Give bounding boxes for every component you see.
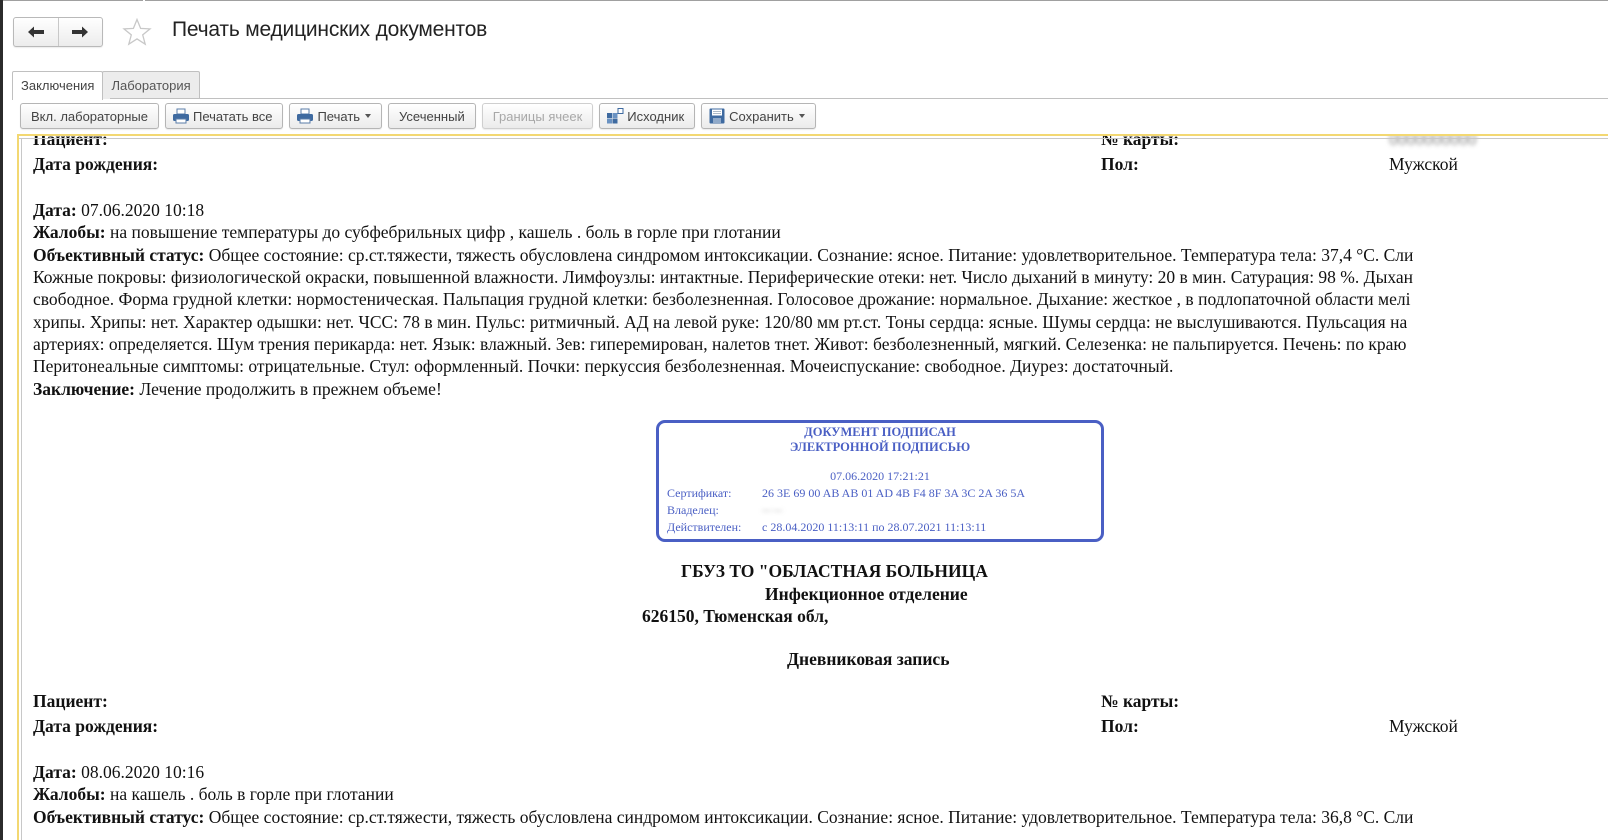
electronic-signature-stamp: ДОКУМЕНТ ПОДПИСАН ЭЛЕКТРОННОЙ ПОДПИСЬЮ 0… — [656, 420, 1104, 542]
birth-date-label: Дата рождения: — [33, 153, 158, 175]
include-lab-button[interactable]: Вкл. лабораторные — [20, 103, 159, 129]
navigation-buttons — [13, 17, 103, 47]
arrow-right-icon — [71, 25, 89, 39]
divider — [19, 138, 1608, 139]
print-all-button[interactable]: Печатать все — [165, 103, 283, 129]
source-button[interactable]: Исходник — [599, 103, 695, 129]
organization-name: ГБУЗ ТО "ОБЛАСТНАЯ БОЛЬНИЦА — [681, 560, 988, 582]
objective-status-line: артериях: определяется. Шум трения перик… — [33, 333, 1407, 355]
objective-status-line: свободное. Форма грудной клетки: нормост… — [33, 288, 1410, 310]
stamp-validity: Действителен:с 28.04.2020 11:13:11 по 28… — [667, 519, 1101, 536]
visit-date: Дата: 08.06.2020 10:16 — [33, 761, 204, 783]
cell-borders-button[interactable]: Границы ячеек — [482, 103, 594, 129]
objective-status-line: хрипы. Хрипы: нет. Характер одышки: нет.… — [33, 311, 1407, 333]
objective-status-line: Объективный статус: Общее состояние: ср.… — [33, 244, 1413, 266]
include-lab-label: Вкл. лабораторные — [31, 109, 148, 124]
divider — [21, 138, 22, 840]
truncated-button[interactable]: Усеченный — [388, 103, 476, 129]
document-type: Дневниковая запись — [787, 648, 949, 670]
page-title: Печать медицинских документов — [172, 18, 487, 42]
patient-label: Пациент: — [33, 134, 108, 150]
favorite-star-icon[interactable] — [122, 18, 152, 46]
chevron-down-icon — [799, 114, 805, 118]
chevron-down-icon — [365, 114, 371, 118]
print-all-label: Печатать все — [193, 109, 272, 124]
window-edge — [0, 0, 3, 840]
document-viewer[interactable]: Пациент: № карты: 0000000000 Дата рожден… — [17, 134, 1608, 840]
sex-value: Мужской — [1389, 153, 1458, 175]
patient-label: Пациент: — [33, 690, 108, 712]
divider — [110, 98, 1608, 99]
card-label: № карты: — [1101, 690, 1179, 712]
save-dropdown-button[interactable]: Сохранить — [701, 103, 816, 129]
save-label: Сохранить — [729, 109, 794, 124]
divider — [145, 0, 1608, 1]
back-button[interactable] — [14, 18, 58, 46]
objective-status-line: Объективный статус: Общее состояние: ср.… — [33, 806, 1413, 828]
sex-label: Пол: — [1101, 153, 1139, 175]
source-label: Исходник — [627, 109, 684, 124]
stamp-certificate: Сертификат:26 3E 69 00 AB AB 01 AD 4B F4… — [667, 485, 1101, 502]
complaints: Жалобы: на кашель . боль в горле при гло… — [33, 783, 394, 805]
divider — [3, 0, 143, 1]
stamp-owner: Владелец:— — — [667, 502, 1101, 519]
conclusion: Заключение: Лечение продолжить в прежнем… — [33, 378, 442, 400]
source-blocks-icon — [606, 108, 624, 124]
complaints: Жалобы: на повышение температуры до субф… — [33, 221, 781, 243]
objective-status-line: Кожные покровы: физиологической окраски,… — [33, 266, 1413, 288]
floppy-disk-icon — [708, 108, 726, 124]
arrow-left-icon — [27, 25, 45, 39]
tab-conclusions[interactable]: Заключения — [12, 71, 103, 100]
stamp-datetime: 07.06.2020 17:21:21 — [659, 468, 1101, 485]
department-name: Инфекционное отделение — [765, 583, 968, 605]
toolbar: Вкл. лабораторные Печатать все Печать Ус… — [20, 103, 816, 129]
sex-value: Мужской — [1389, 715, 1458, 737]
sex-label: Пол: — [1101, 715, 1139, 737]
forward-button[interactable] — [58, 18, 103, 46]
printer-icon — [296, 108, 314, 124]
birth-date-label: Дата рождения: — [33, 715, 158, 737]
print-dropdown-button[interactable]: Печать — [289, 103, 382, 129]
printer-icon — [172, 108, 190, 124]
objective-status-line: Перитонеальные симптомы: отрицательные. … — [33, 355, 1173, 377]
address: 626150, Тюменская обл, — [642, 605, 828, 627]
card-label: № карты: — [1101, 134, 1179, 150]
card-number-redacted: 0000000000 — [1389, 134, 1477, 150]
visit-date: Дата: 07.06.2020 10:18 — [33, 199, 204, 221]
tab-bar: Заключения Лаборатория — [12, 71, 200, 98]
cell-borders-label: Границы ячеек — [493, 109, 583, 124]
truncated-label: Усеченный — [399, 109, 465, 124]
tab-laboratory[interactable]: Лаборатория — [102, 71, 199, 99]
stamp-title: ДОКУМЕНТ ПОДПИСАН ЭЛЕКТРОННОЙ ПОДПИСЬЮ — [659, 425, 1101, 454]
print-label: Печать — [317, 109, 360, 124]
